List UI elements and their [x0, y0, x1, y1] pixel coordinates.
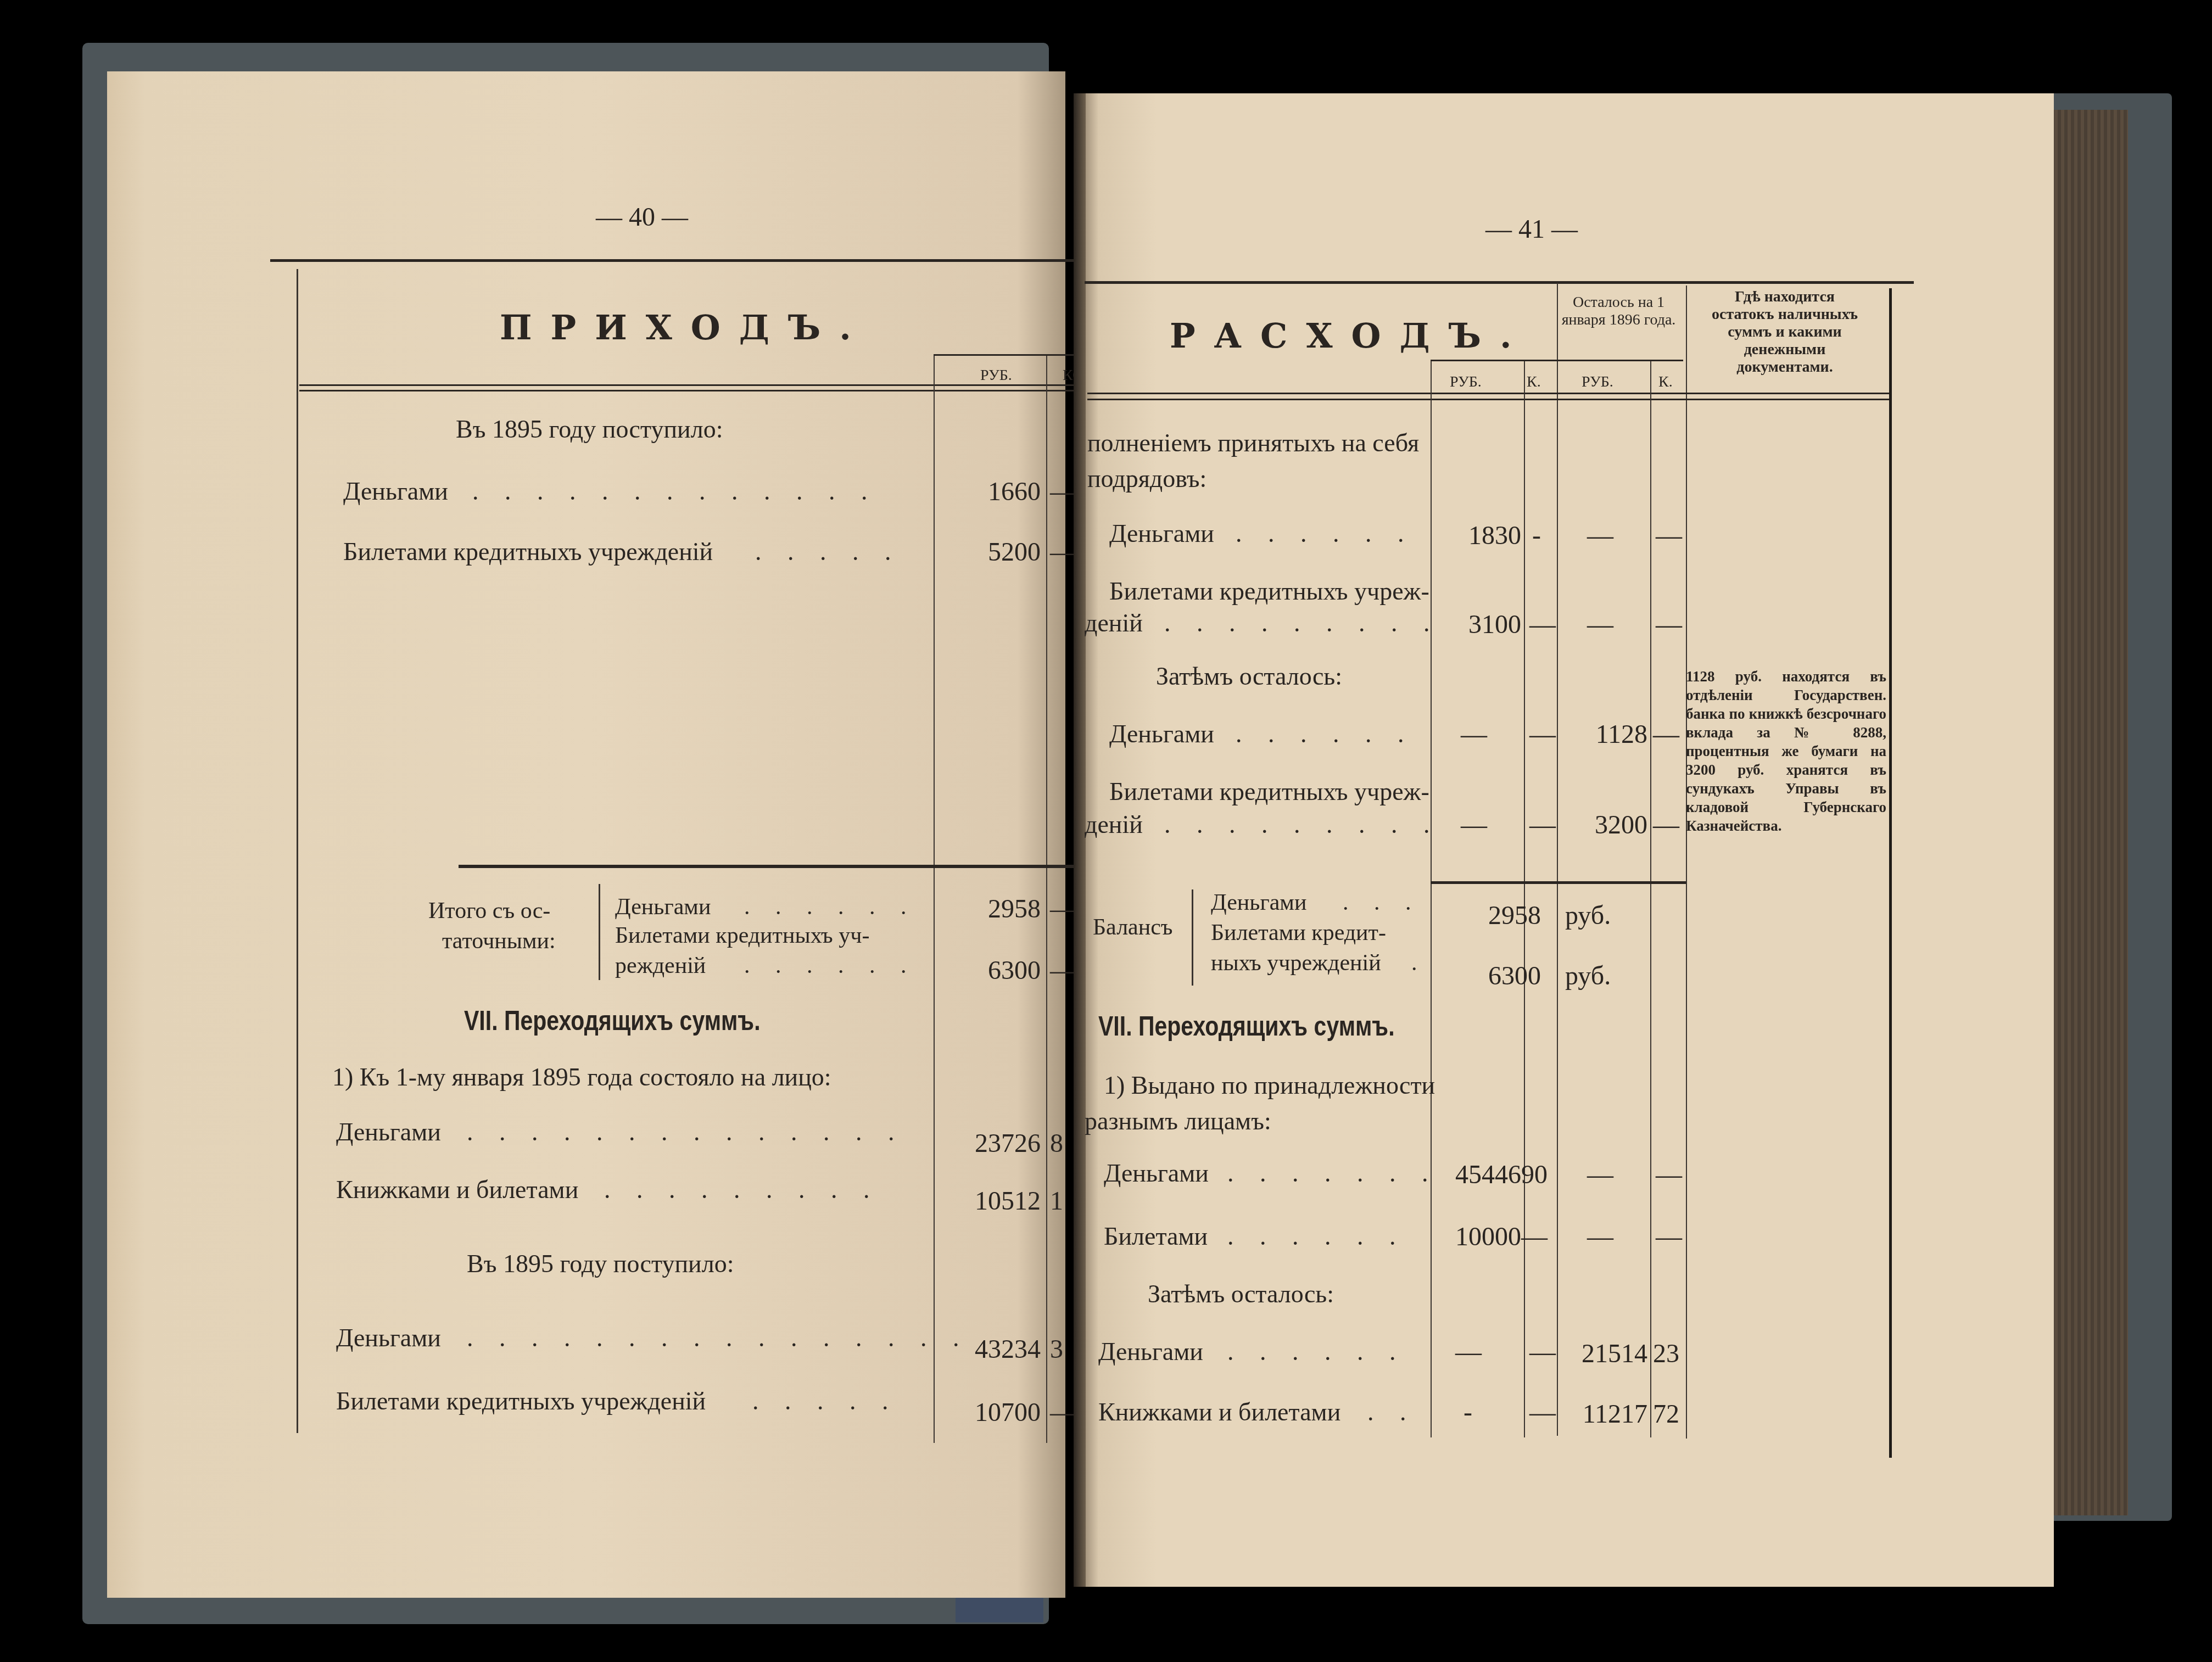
- header-double-rule-r1: [1087, 393, 1889, 394]
- page-number-41: — 41 —: [1485, 214, 1578, 244]
- total-rule: [459, 865, 1076, 868]
- item1-heading-left: 1) Къ 1-му января 1895 года состояло на …: [332, 1062, 831, 1092]
- col-header-kop1: К.: [1527, 373, 1541, 391]
- col-header-rub2: РУБ.: [1582, 373, 1613, 391]
- table-top-rule: [270, 259, 1077, 262]
- section-vii-heading-left: VII. Переходящихъ суммъ.: [464, 1005, 761, 1037]
- contracts-text-1: полненіемъ принятыхъ на себя: [1087, 428, 1419, 457]
- total-brace: [599, 884, 600, 980]
- col-header-rule-right: [1431, 360, 1683, 361]
- header-double-rule-2: [299, 390, 1076, 391]
- kop1-col-rule: [1524, 361, 1525, 1437]
- section-vii-heading-right: VII. Переходящихъ суммъ.: [1098, 1010, 1395, 1042]
- item1-line1-right: 1) Выдано по принадлежности: [1104, 1071, 1435, 1100]
- item1-line2-right: разнымъ лицамъ:: [1085, 1106, 1271, 1135]
- location-note: 1128 руб. находятся въ отдѣленіи Государ…: [1686, 667, 1886, 835]
- col-header-rule: [934, 354, 1076, 356]
- total-row-label: Билетами кредитныхъ уч-: [615, 922, 869, 949]
- balance-label: Балансъ: [1093, 914, 1173, 941]
- page-edges: [2051, 110, 2128, 1515]
- col-header-rub: РУБ.: [980, 367, 1012, 384]
- left-page: [107, 71, 1065, 1598]
- col-header-kop2: К.: [1658, 373, 1673, 391]
- balance-row-label: Билетами кредит-: [1211, 920, 1386, 946]
- balance-rule: [1431, 881, 1686, 884]
- kop2-col-rule: [1650, 361, 1651, 1437]
- row-label-line1: Билетами кредитныхъ учреж-: [1109, 777, 1429, 806]
- kop-column-rule: [1046, 356, 1047, 1443]
- table-left-border: [297, 269, 298, 1433]
- table-right-border: [1889, 288, 1892, 1458]
- location-col-rule: [1686, 286, 1687, 1439]
- gutter-shadow: [1074, 93, 1086, 1587]
- remaining-col-rule: [1557, 283, 1558, 1436]
- row-label-line1: Билетами кредитныхъ учреж-: [1109, 577, 1429, 606]
- header-double-rule-r2: [1087, 399, 1889, 400]
- remaining-heading: Затѣмъ осталось:: [1156, 662, 1342, 691]
- page-number-40: — 40 —: [596, 202, 688, 232]
- receipts-title: ПРИХОДЪ.: [500, 307, 870, 348]
- received-heading-2: Въ 1895 году поступило:: [467, 1249, 734, 1278]
- remaining-heading-2: Затѣмъ осталось:: [1148, 1279, 1334, 1308]
- expenses-title: РАСХОДЪ.: [1170, 316, 1530, 356]
- location-header: Гдѣ находится остатокъ наличныхъ суммъ и…: [1702, 288, 1867, 376]
- total-label-1: Итого съ ос-: [428, 898, 550, 924]
- col-header-rub1: РУБ.: [1450, 373, 1482, 391]
- table-top-rule-right: [1085, 281, 1914, 284]
- balance-brace: [1192, 889, 1193, 986]
- header-double-rule-1: [299, 384, 1076, 386]
- contracts-text-2: подрядовъ:: [1087, 464, 1206, 493]
- received-heading: Въ 1895 году поступило:: [456, 415, 723, 444]
- total-label-2: таточными:: [442, 928, 556, 954]
- remaining-header: Осталось на 1 января 1896 года.: [1560, 294, 1678, 329]
- rub1-col-rule: [1431, 361, 1432, 1437]
